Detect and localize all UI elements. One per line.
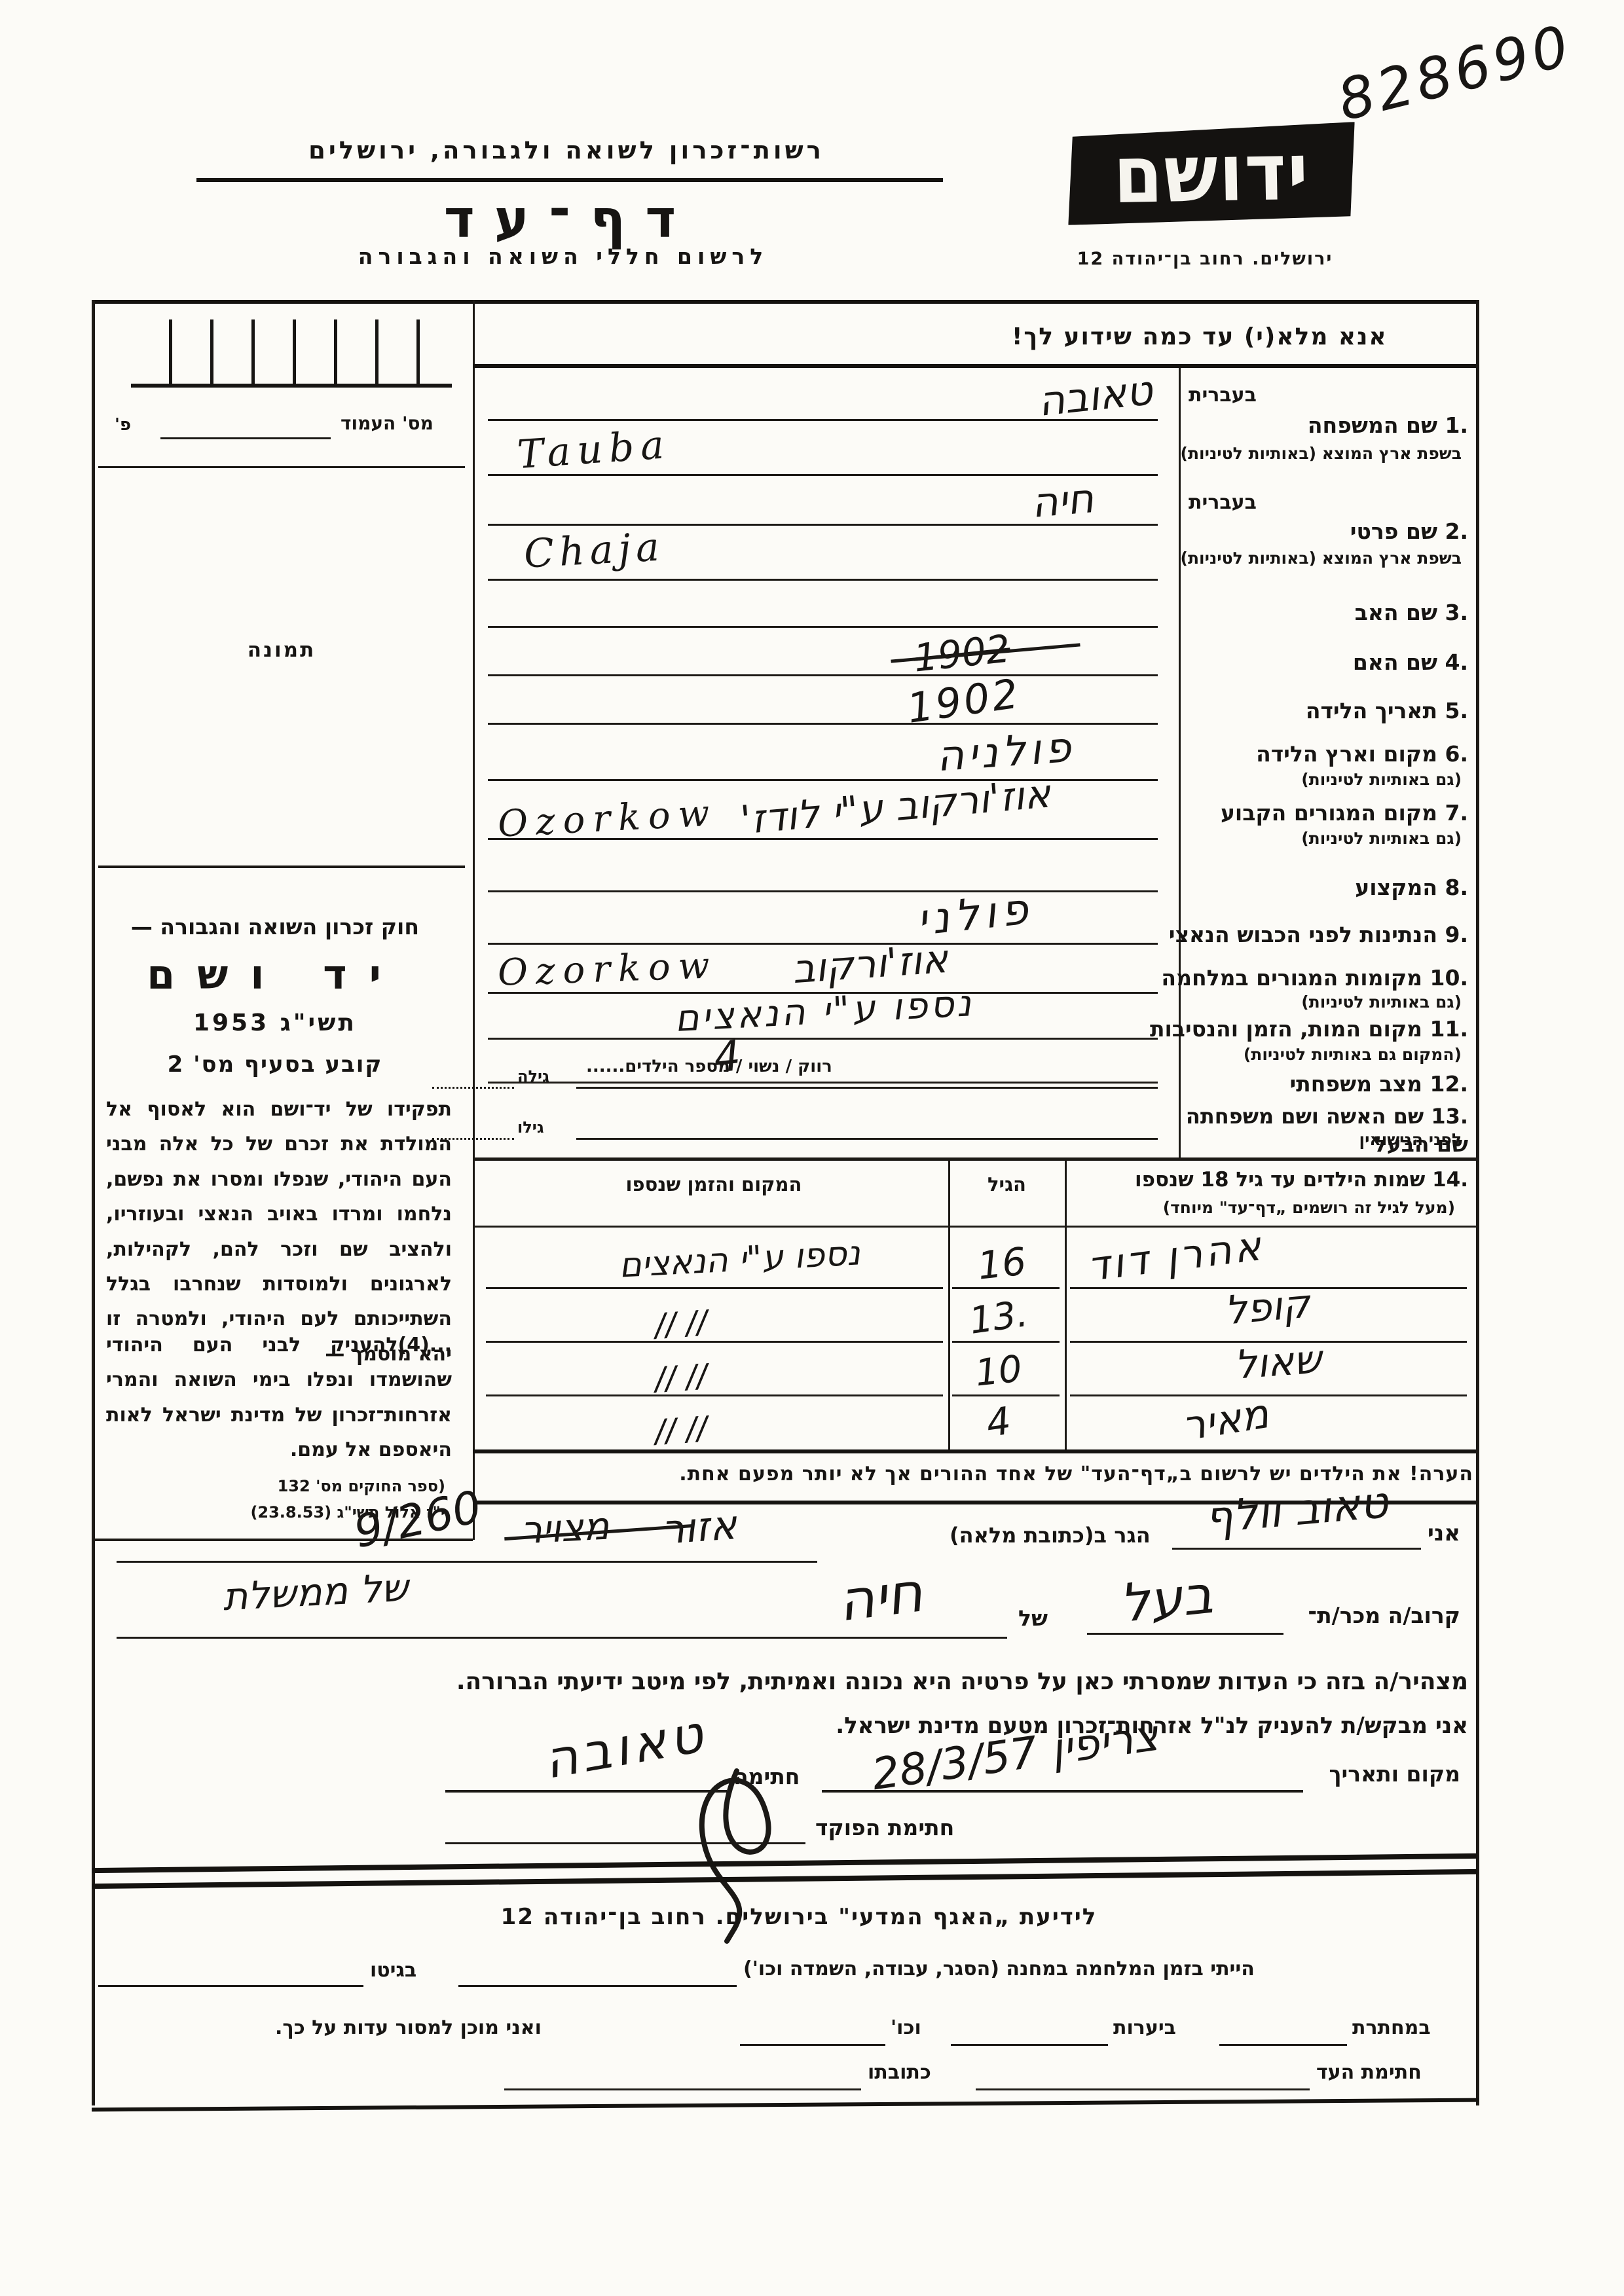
- field-text-residence: מקום המגורים הקבוע: [1221, 800, 1437, 826]
- child-2-place: // //: [654, 1303, 709, 1343]
- line-birth-place: [488, 779, 1158, 781]
- field-text-birth-date: תאריך הלידה: [1306, 698, 1437, 723]
- frame-right: [1476, 300, 1479, 2105]
- address-line: [117, 1561, 817, 1563]
- field-sub-war-residence: (גם באותיות לטיניות): [1301, 993, 1462, 1011]
- bottom-underground-line: [1219, 2044, 1347, 2046]
- field-num-citizenship: 9.: [1445, 922, 1469, 947]
- children-field-sub: (מעל לגיל זה רושמים „דף־עד" מיוחד): [1163, 1198, 1455, 1217]
- of-handwriting: חיה: [835, 1560, 927, 1634]
- of-label: של: [1018, 1605, 1048, 1631]
- field-text-death: מקום המות, הזמן והנסיבות: [1150, 1016, 1422, 1042]
- child-4-age: 4: [950, 1394, 1047, 1451]
- bottom-ghetto-label: בגיטו: [370, 1959, 416, 1982]
- handwriting-family-latin: Tauba: [516, 422, 672, 478]
- yad-vashem-logo-stamp: ידושם: [1067, 122, 1357, 225]
- relation-label: קרוב/ה מכר/ת־: [1308, 1603, 1460, 1628]
- col-header-age: הגיל: [956, 1173, 1058, 1195]
- field-label-war-residence: 10. מקומות המגורים במלחמה: [1161, 965, 1468, 991]
- bottom-title: לידיעת „האגף המדעי" בירושלים. רחוב בן־יה…: [327, 1904, 1270, 1930]
- form-subtitle: לרשום חללי השואה והגבורה: [275, 244, 851, 269]
- declaration-i-label: אני: [1428, 1520, 1460, 1546]
- field-label-family-status: 12. מצב משפחתי: [1289, 1071, 1468, 1097]
- children-field-label: 14. שמות הילדים עד גיל 18 שנספו: [1135, 1168, 1468, 1192]
- field-num-family-status: 12.: [1430, 1071, 1468, 1097]
- bottom-underground-label: במחתרת: [1352, 2016, 1431, 2039]
- child-2-age: 13.: [950, 1290, 1047, 1345]
- field-label-family: 1. שם המשפחה: [1308, 412, 1468, 438]
- child-1-name: אהרן דוד: [1085, 1222, 1266, 1290]
- bottom-witness-sig-label: חתימת העד: [1316, 2061, 1422, 2084]
- field-sub-birth-place: (גם באותיות לטיניות): [1301, 770, 1462, 789]
- field-label-husband: שם הבעל: [1374, 1131, 1468, 1157]
- page-number-label: מס' העמוד: [341, 412, 434, 434]
- field-label-hebrew-2: בעברית: [1189, 491, 1257, 514]
- field-label-mother: 4. שם האם: [1353, 649, 1468, 675]
- table-bottom-rule: [473, 1449, 1476, 1453]
- table-top-rule: [473, 1157, 1476, 1161]
- field-num-wife: 13.: [1431, 1104, 1468, 1129]
- relation-line: [1087, 1633, 1283, 1635]
- wife-age-line: [432, 1087, 514, 1089]
- line-first-latin: [488, 579, 1158, 581]
- authority-title: רשות־זכרון לשואה ולגבורה, ירושלים: [190, 136, 943, 164]
- family-status-options: רווק / נשוי / מספר הילדים......: [586, 1057, 832, 1076]
- photo-placeholder-label: תמונה: [183, 638, 380, 662]
- field-text-profession: המקצוע: [1355, 875, 1437, 900]
- child-row2-line-place: [486, 1341, 943, 1343]
- frame-top: [92, 300, 1479, 304]
- bottom-his-address-label: כתובתו: [868, 2061, 931, 2084]
- child-row3-line-place: [486, 1394, 943, 1396]
- field-label-citizenship: 9. הנתינות לפני הכבוש הנאצי: [1169, 922, 1468, 947]
- law-section: קובע בסעיף מס' 2: [98, 1051, 452, 1078]
- law-name: יד ושם: [98, 951, 452, 998]
- field-num-birth-place: 6.: [1445, 741, 1469, 767]
- index-comb: [131, 319, 452, 388]
- table-divider-age-right: [1065, 1157, 1067, 1452]
- field-num-birth-date: 5.: [1445, 698, 1469, 723]
- field-text-father: שם האב: [1355, 600, 1437, 625]
- relation-handwriting: בעל: [1117, 1564, 1216, 1634]
- bottom-ghetto-line: [98, 1985, 363, 1987]
- field-label-birth-date: 5. תאריך הלידה: [1306, 698, 1468, 723]
- bottom-forests-label: ביערות: [1113, 2016, 1176, 2039]
- line-family-latin: [488, 474, 1158, 476]
- husband-age-label: גילו: [517, 1118, 544, 1137]
- witness-name-handwriting: טאוב וולף: [1203, 1477, 1390, 1543]
- instruction-rule: [473, 364, 1476, 368]
- table-header-rule: [473, 1226, 1476, 1228]
- frame-left: [92, 300, 95, 2105]
- law-year: תשי"ג 1953: [98, 1010, 452, 1036]
- bottom-was-in-label: הייתי בזמן המלחמה במחנה (הסגר, עבודה, הש…: [743, 1958, 1255, 1980]
- frame-bottom: [92, 2098, 1479, 2112]
- bottom-etc-label: וכו': [891, 2016, 921, 2039]
- field-sub-family: בשפת ארץ המוצא (באותיות לטיניות): [1181, 444, 1462, 463]
- law-box-top-rule: [98, 866, 465, 868]
- handwriting-first-hebrew: חיה: [1029, 474, 1096, 527]
- file-number-handwriting: 828690: [1331, 12, 1579, 134]
- bottom-his-address-line: [504, 2088, 861, 2090]
- address-handwriting-struck: מצויר: [519, 1504, 610, 1553]
- address-handwriting-line2: של ממשלת: [221, 1565, 409, 1620]
- field-text-family-status: מצב משפחתי: [1289, 1071, 1422, 1097]
- child-1-age: 16: [954, 1237, 1050, 1290]
- page-number-line: [160, 437, 331, 439]
- place-date-line: [822, 1790, 1303, 1793]
- field-text-family: שם המשפחה: [1308, 412, 1437, 438]
- field-num-profession: 8.: [1445, 875, 1469, 900]
- law-title: חוק זכרון השואה והגבורה —: [98, 914, 452, 939]
- field-label-profession: 8. המקצוע: [1355, 875, 1468, 900]
- field-num-father: 3.: [1445, 600, 1469, 625]
- child-4-place: // //: [654, 1410, 709, 1449]
- bottom-ready-label: ואני מוכן למסור עדות על כך.: [275, 2016, 542, 2039]
- child-3-place: // //: [654, 1357, 709, 1397]
- declaration-resides-label: הגר ב(כתובת מלאה): [950, 1523, 1151, 1548]
- field-num-mother: 4.: [1445, 649, 1469, 675]
- bottom-etc-line: [740, 2044, 885, 2046]
- child-row3-line-name: [1070, 1394, 1467, 1396]
- line-death: [488, 1038, 1158, 1040]
- child-3-age: 10: [951, 1345, 1046, 1397]
- husband-age-line: [432, 1138, 514, 1140]
- field-sub-residence: (גם באותיות לטיניות): [1301, 829, 1462, 848]
- margin-mark: פ': [115, 415, 131, 435]
- handwriting-family-hebrew: טאובה: [1036, 366, 1155, 426]
- line-father: [488, 626, 1158, 628]
- field-num-war-residence: 10.: [1430, 965, 1468, 991]
- scanned-testimony-page: 828690 רשות־זכרון לשואה ולגבורה, ירושלים…: [0, 0, 1624, 2296]
- field-text-wife: שם האשה ושם משפחתה: [1186, 1104, 1424, 1129]
- declaration-statement: מצהיר/ה בזה כי העדות שמסרתי כאן על פרטיה…: [456, 1668, 1468, 1695]
- handwriting-first-latin: Chaja: [523, 524, 665, 577]
- handwriting-residence-hebrew: אוז'ורקוב ע"י לודז': [739, 771, 1052, 843]
- children-field-num: 14.: [1432, 1168, 1468, 1192]
- field-text-first: שם פרטי: [1350, 519, 1437, 544]
- line-family-status: [488, 1082, 1158, 1084]
- field-label-father: 3. שם האב: [1355, 600, 1468, 625]
- field-label-first: 2. שם פרטי: [1350, 519, 1468, 544]
- of-line: [117, 1637, 1007, 1639]
- bottom-forests-line: [951, 2044, 1108, 2046]
- form-title: דף־עד: [367, 189, 773, 249]
- handwriting-war-residence-latin: Ozorkow: [497, 944, 718, 994]
- witness-name-line: [1172, 1548, 1421, 1550]
- fill-instruction: אנא מלא(י) עד כמה שידוע לך!: [1012, 323, 1388, 350]
- line-wife: [576, 1087, 1158, 1089]
- handwriting-family-status: 4: [711, 1032, 743, 1083]
- children-field-text: שמות הילדים עד גיל 18 שנספו: [1135, 1168, 1425, 1192]
- field-text-mother: שם האם: [1353, 649, 1437, 675]
- handwriting-death: נספו ע"י הנאצים: [674, 982, 975, 1040]
- child-row1-line-place: [486, 1287, 943, 1289]
- child-4-name: מאיר: [1179, 1389, 1272, 1450]
- line-husband: [576, 1138, 1158, 1140]
- field-num-first: 2.: [1445, 519, 1469, 544]
- field-label-wife: 13. שם האשה ושם משפחתה: [1186, 1104, 1468, 1129]
- handwriting-birth-place: פולניה: [935, 723, 1077, 782]
- authority-underline: [196, 178, 943, 182]
- field-text-birth-place: מקום וארץ הלידה: [1256, 741, 1437, 767]
- child-2-name: קופל: [1223, 1281, 1312, 1334]
- child-1-place: נספו ע"י הנאצים: [618, 1233, 862, 1285]
- field-num-death: 11.: [1430, 1016, 1468, 1042]
- child-3-name: שאול: [1233, 1336, 1323, 1388]
- field-label-death: 11. מקום המות, הזמן והנסיבות: [1150, 1016, 1468, 1042]
- logo-address: ירושלים. רחוב בן־יהודה 12: [1041, 249, 1369, 269]
- field-text-citizenship: הנתינות לפני הכבוש הנאצי: [1169, 922, 1437, 947]
- bottom-camp-line: [458, 1985, 737, 1987]
- line-profession: [488, 890, 1158, 892]
- col-header-place: המקום והזמן שנספו: [537, 1173, 891, 1195]
- field-label-hebrew-1: בעברית: [1189, 384, 1257, 407]
- left-column-rule: [98, 466, 465, 468]
- field-label-birth-place: 6. מקום וארץ הלידה: [1256, 741, 1468, 767]
- field-label-residence: 7. מקום המגורים הקבוע: [1221, 800, 1468, 826]
- law-paragraph-2: ...(4)להעניק לבני העם היהודי שהושמדו ונפ…: [106, 1328, 452, 1468]
- field-text-war-residence: מקומות המגורים במלחמה: [1161, 965, 1422, 991]
- bottom-witness-sig-line: [976, 2088, 1310, 2090]
- photo-column-divider: [473, 300, 475, 1540]
- place-date-label: מקום ותאריך: [1329, 1761, 1460, 1787]
- wife-age-label: גילה: [517, 1067, 549, 1085]
- field-sub-death: (המקום גם באותיות לטיניות): [1244, 1045, 1462, 1064]
- line-mother: [488, 674, 1158, 676]
- field-num-family: 1.: [1445, 412, 1469, 438]
- field-sub-first: בשפת ארץ המוצא (באותיות לטיניות): [1181, 549, 1462, 568]
- field-num-residence: 7.: [1445, 800, 1469, 826]
- handwriting-citizenship: פולני: [914, 883, 1035, 945]
